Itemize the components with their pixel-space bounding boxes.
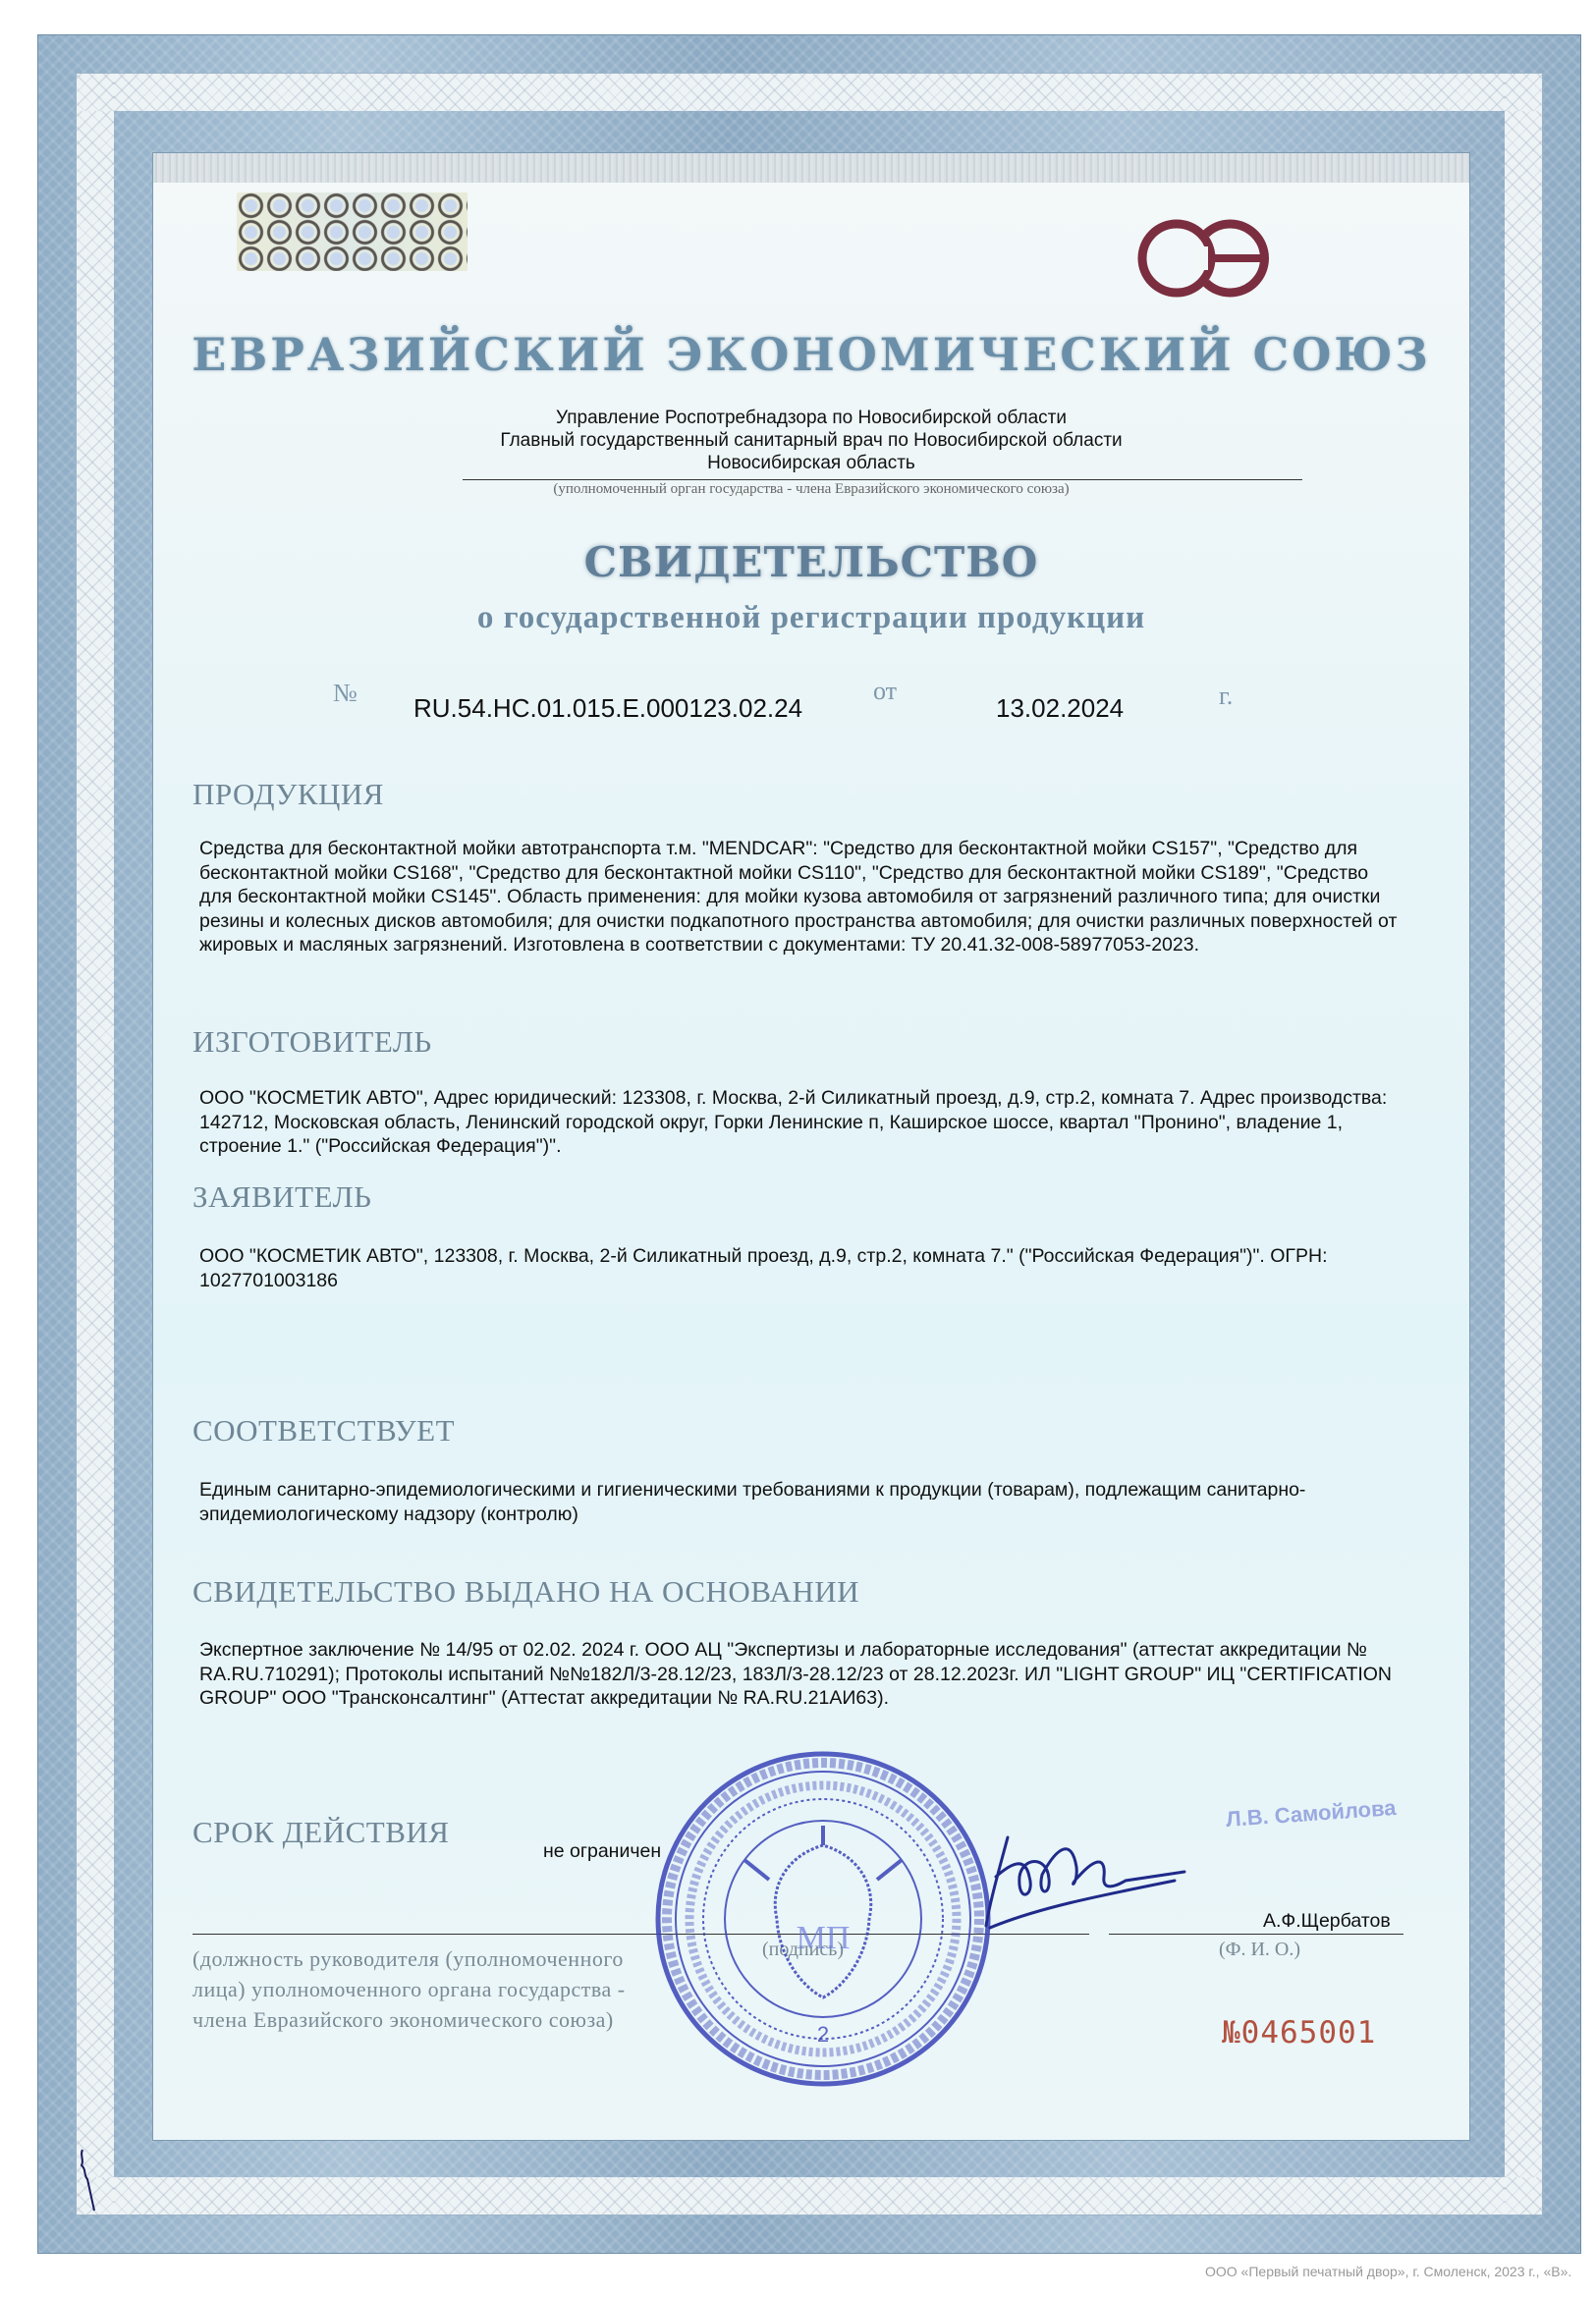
authority-line: Главный государственный санитарный врач … — [153, 429, 1469, 452]
section-text-basis: Экспертное заключение № 14/95 от 02.02. … — [199, 1638, 1417, 1711]
role-caption: (должность руководителя (уполномоченного… — [193, 1943, 626, 2035]
number-label: № — [333, 679, 358, 708]
hologram-icon — [237, 192, 468, 271]
document-title: СВИДЕТЕЛЬСТВО — [153, 538, 1469, 586]
form-serial-number: №0465001 — [1222, 2015, 1376, 2051]
section-heading-basis: СВИДЕТЕЛЬСТВО ВЫДАНО НА ОСНОВАНИИ — [193, 1574, 859, 1610]
section-text-product: Средства для бесконтактной мойки автотра… — [199, 837, 1398, 957]
svg-text:2: 2 — [817, 2022, 829, 2047]
authority-line: Новосибирская область — [153, 452, 1469, 474]
union-title: ЕВРАЗИЙСКИЙ ЭКОНОМИЧЕСКИЙ СОЮЗ — [153, 328, 1469, 381]
section-heading-validity: СРОК ДЕЙСТВИЯ — [193, 1815, 449, 1850]
name-caption: (Ф. И. О.) — [1219, 1939, 1300, 1961]
validity-value: не ограничен — [543, 1839, 661, 1864]
document-subtitle: о государственной регистрации продукции — [153, 600, 1469, 636]
registration-number: RU.54.НС.01.015.Е.000123.02.24 — [413, 693, 802, 724]
certificate-paper: ЕВРАЗИЙСКИЙ ЭКОНОМИЧЕСКИЙ СОЮЗ Управлени… — [152, 152, 1470, 2141]
role-caption-line: (должность руководителя (уполномоченного — [193, 1943, 626, 1974]
date-from-label: от — [873, 677, 897, 706]
section-heading-manufacturer: ИЗГОТОВИТЕЛЬ — [193, 1024, 432, 1060]
official-seal-icon: МП 2 — [651, 1747, 995, 2091]
section-text-applicant: ООО "КОСМЕТИК АВТО", 123308, г. Москва, … — [199, 1244, 1398, 1292]
handwritten-signature-icon — [978, 1818, 1194, 1936]
year-suffix: г. — [1219, 682, 1233, 711]
authority-underline — [463, 479, 1302, 480]
role-caption-line: лица) уполномоченного органа государства… — [193, 1974, 626, 2004]
handwritten-mark-icon — [79, 2146, 98, 2215]
eaeu-se-logo-icon — [1135, 217, 1273, 301]
section-heading-complies: СООТВЕТСТВУЕТ — [193, 1413, 455, 1449]
issuing-authority: Управление Роспотребнадзора по Новосибир… — [153, 407, 1469, 474]
signer-name: А.Ф.Щербатов — [1263, 1909, 1391, 1934]
executor-name-stamp: Л.В. Самойлова — [1225, 1795, 1397, 1832]
section-text-manufacturer: ООО "КОСМЕТИК АВТО", Адрес юридический: … — [199, 1086, 1398, 1159]
authority-caption: (уполномоченный орган государства - член… — [153, 481, 1469, 498]
section-text-complies: Единым санитарно-эпидемиологическими и г… — [199, 1478, 1398, 1526]
section-heading-product: ПРОДУКЦИЯ — [193, 777, 384, 812]
security-strip — [153, 153, 1469, 183]
section-heading-applicant: ЗАЯВИТЕЛЬ — [193, 1179, 371, 1215]
svg-text:МП: МП — [797, 1920, 851, 1956]
authority-line: Управление Роспотребнадзора по Новосибир… — [153, 407, 1469, 429]
registration-date: 13.02.2024 — [996, 693, 1124, 724]
printer-imprint: ООО «Первый печатный двор», г. Смоленск,… — [1205, 2264, 1571, 2279]
role-caption-line: члена Евразийского экономического союза) — [193, 2004, 626, 2035]
